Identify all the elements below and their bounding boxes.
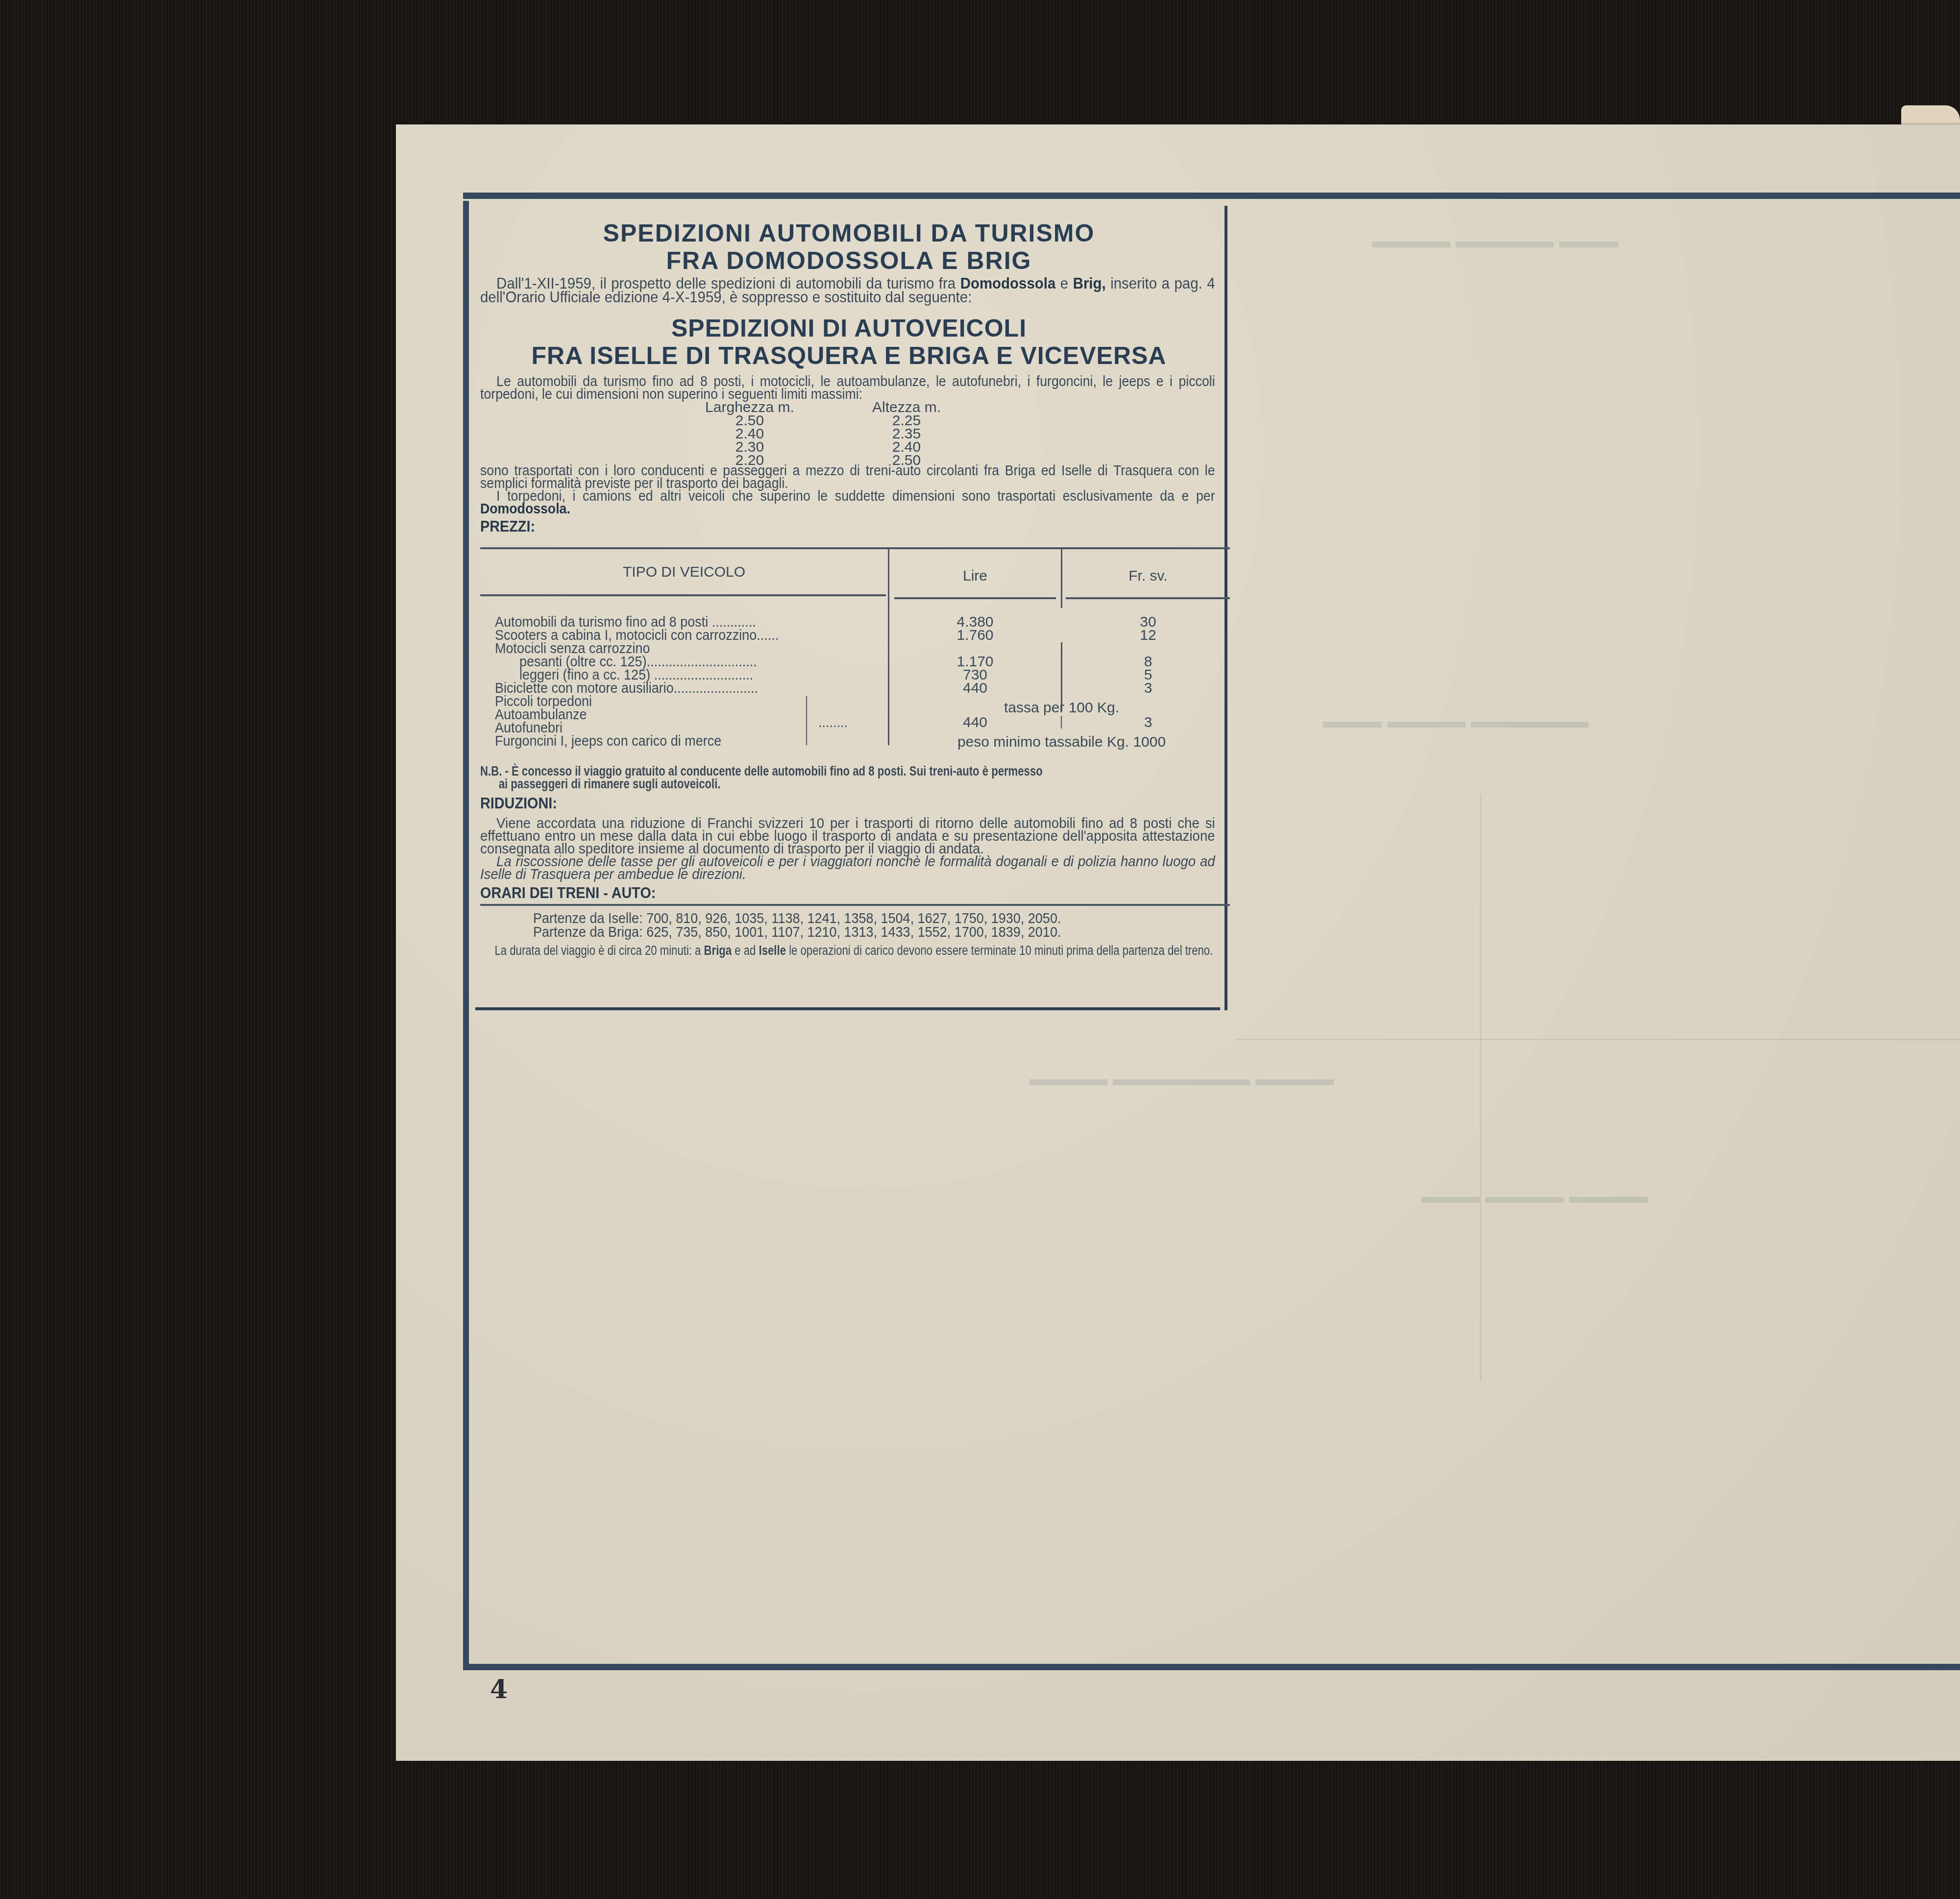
- group-divider: [1061, 716, 1062, 729]
- table-row-type: Motocicli senza carrozzino: [495, 642, 650, 655]
- intro-brig: Brig,: [1073, 274, 1106, 292]
- reductions-heading: RIDUZIONI:: [480, 794, 1144, 812]
- page-frame-left: [463, 201, 469, 1670]
- timetable-rule: [480, 904, 1230, 906]
- duration-iselle: Iselle: [759, 943, 786, 958]
- page-frame-top: [463, 193, 1960, 199]
- departures-briga-times: 625, 735, 850, 1001, 1107, 1210, 1313, 1…: [646, 924, 1061, 940]
- width-value: 2.30: [696, 440, 804, 454]
- intro-text: e: [1055, 274, 1073, 292]
- duration-body: e ad: [732, 943, 759, 958]
- show-through-rule: [1480, 794, 1481, 1382]
- oversize-body: I torpedoni, i camions ed altri veicoli …: [496, 488, 1215, 504]
- group-min-weight: peso minimo tassabile Kg. 1000: [889, 735, 1234, 749]
- timetable-heading: ORARI DEI TRENI - AUTO:: [480, 884, 1144, 902]
- departures-iselle: Partenze da Iselle: 700, 810, 926, 1035,…: [480, 912, 1144, 925]
- notice-subtitle-line1: SPEDIZIONI DI AUTOVEICOLI: [480, 315, 1218, 342]
- height-label: Altezza m.: [857, 401, 955, 414]
- dimension-limits: Larghezza m. 2.50 2.40 2.30 2.20 Altezza…: [480, 401, 1218, 464]
- header-rule: [894, 597, 1056, 599]
- group-item: Autofunebri: [495, 721, 563, 734]
- group-brace: [806, 696, 807, 745]
- group-lire: 440: [889, 716, 1061, 729]
- table-row-type: Automobili da turismo fino ad 8 posti ..…: [495, 615, 756, 629]
- notice-bottom-border: [475, 1007, 1220, 1010]
- height-value: 2.25: [857, 414, 955, 427]
- table-row-lire: 440: [889, 682, 1061, 695]
- price-table: TIPO DI VEICOLO Lire Fr. sv. Automobili …: [480, 549, 1218, 765]
- duration-text: La durata del viaggio è di circa 20 minu…: [480, 944, 1220, 957]
- table-row-type: leggeri (fino a cc. 125) ...............…: [519, 668, 753, 682]
- header-rule: [480, 594, 886, 596]
- notice-title-line2: FRA DOMODOSSOLA E BRIG: [480, 247, 1218, 274]
- width-label: Larghezza m.: [696, 401, 804, 414]
- show-through-rule: [1235, 1039, 1960, 1040]
- header-lire: Lire: [889, 568, 1061, 584]
- header-vehicle-type: TIPO DI VEICOLO: [480, 564, 888, 581]
- table-row-lire: 1.760: [889, 629, 1061, 642]
- table-row-lire: 730: [889, 668, 1061, 682]
- table-row-chf: 12: [1062, 629, 1234, 642]
- group-chf: 3: [1062, 716, 1234, 729]
- table-row-type: pesanti (oltre cc. 125).................…: [519, 655, 757, 668]
- height-value: 2.35: [857, 427, 955, 440]
- page-number: 4: [490, 1675, 508, 1704]
- width-column: Larghezza m. 2.50 2.40 2.30 2.20: [696, 401, 804, 467]
- transport-text: sono trasportati con i loro conducenti e…: [480, 464, 1215, 490]
- nb-note: N.B. - È concesso il viaggio gratuito al…: [480, 765, 1220, 778]
- departures-briga-label: Partenze da Briga:: [533, 924, 643, 940]
- group-dots: ........: [818, 716, 848, 729]
- table-row-chf: 3: [1062, 682, 1234, 695]
- notice-subtitle-line2: FRA ISELLE DI TRASQUERA E BRIGA E VICEVE…: [480, 342, 1218, 369]
- notice-right-border: [1225, 206, 1227, 1010]
- group-item: Autoambulanze: [495, 708, 587, 721]
- duration-briga: Briga: [704, 943, 732, 958]
- nb-note-cont: ai passeggeri di rimanere sugli autoveic…: [480, 778, 1238, 790]
- group-item: Piccoli torpedoni: [495, 695, 592, 708]
- width-value: 2.40: [696, 427, 804, 440]
- table-row-lire: 4.380: [889, 615, 1061, 629]
- width-value: 2.50: [696, 414, 804, 427]
- vehicles-intro: Le automobili da turismo fino ad 8 posti…: [480, 375, 1215, 401]
- notice-title-line1: SPEDIZIONI AUTOMOBILI DA TURISMO: [480, 219, 1218, 247]
- table-row-chf: 30: [1062, 615, 1234, 629]
- table-row-chf: 5: [1062, 668, 1234, 682]
- show-through-text: ▬▬▬▬ ▬▬▬▬▬▬▬ ▬▬▬▬: [1029, 1068, 1334, 1090]
- intro-paragraph: Dall'1-XII-1959, il prospetto delle sped…: [480, 276, 1215, 304]
- duration-body: le operazioni di carico devono essere te…: [786, 943, 1213, 958]
- table-row-type: Scooters a cabina I, motocicli con carro…: [495, 629, 779, 642]
- oversize-domodossola: Domodossola.: [480, 501, 570, 517]
- group-tax-label: tassa per 100 Kg.: [889, 701, 1234, 714]
- header-chf: Fr. sv.: [1062, 568, 1234, 584]
- height-value: 2.40: [857, 440, 955, 454]
- header-rule: [1066, 597, 1230, 599]
- prices-heading: PREZZI:: [480, 517, 1144, 536]
- car-shipping-notice: SPEDIZIONI AUTOMOBILI DA TURISMO FRA DOM…: [475, 206, 1227, 1010]
- intro-domodossola: Domodossola: [960, 274, 1056, 292]
- height-column: Altezza m. 2.25 2.35 2.40 2.50: [857, 401, 955, 467]
- table-row-type: Biciclette con motore ausiliario........…: [495, 682, 758, 695]
- group-item: Furgoncini I, jeeps con carico di merce: [495, 734, 721, 748]
- duration-body: La durata del viaggio è di circa 20 minu…: [495, 943, 704, 958]
- page-frame-bottom: [463, 1664, 1960, 1670]
- oversize-text: I torpedoni, i camions ed altri veicoli …: [480, 490, 1215, 515]
- reductions-text: Viene accordata una riduzione di Franchi…: [480, 817, 1215, 855]
- table-row-chf: 8: [1062, 655, 1234, 668]
- show-through-text: ▬▬▬ ▬▬▬▬▬ ▬▬▬▬: [1372, 230, 1618, 252]
- departures-briga: Partenze da Briga: 625, 735, 850, 1001, …: [480, 925, 1144, 939]
- show-through-text: ▬▬▬▬▬▬ ▬▬▬▬ ▬▬▬: [1323, 710, 1589, 732]
- show-through-text: ▬▬▬▬ ▬▬▬▬ ▬▬▬: [1421, 1186, 1647, 1208]
- customs-text: La riscossione delle tasse per gli autov…: [480, 855, 1215, 881]
- table-row-lire: 1.170: [889, 655, 1061, 668]
